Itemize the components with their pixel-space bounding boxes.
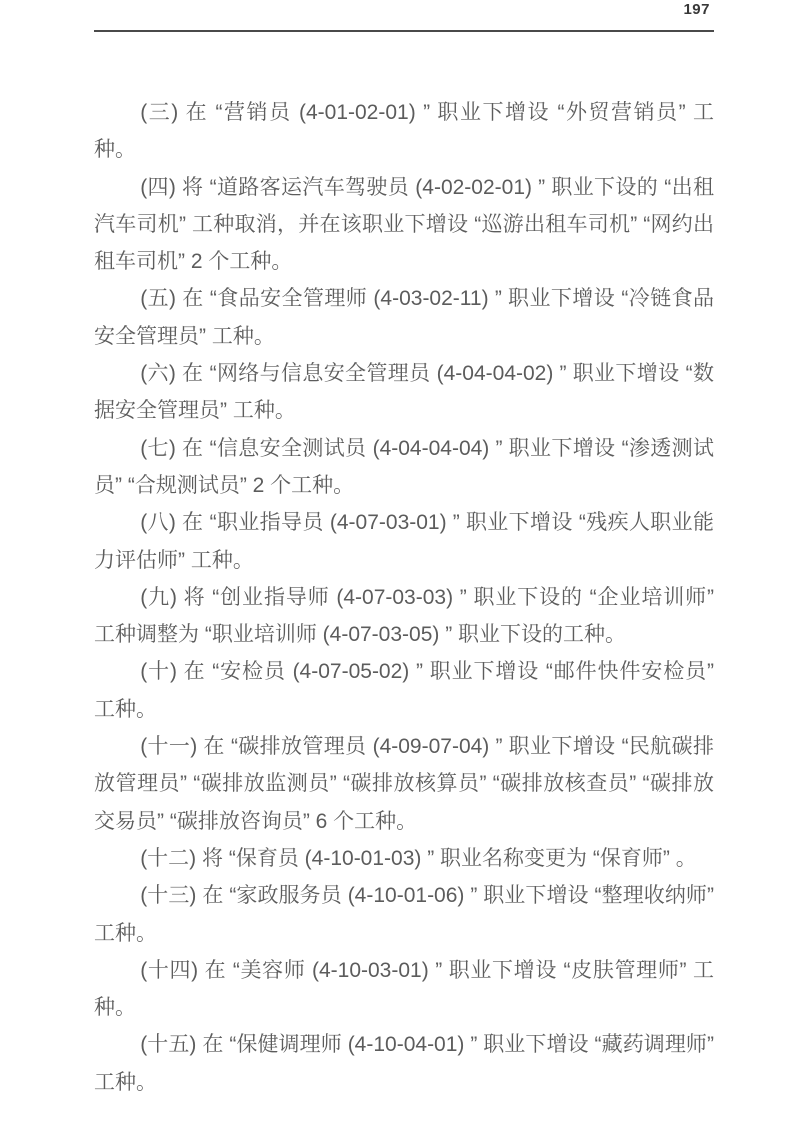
- paragraph: (四) 将 “道路客运汽车驾驶员 (4-02-02-01) ” 职业下设的 “出…: [94, 169, 714, 281]
- paragraph: (七) 在 “信息安全测试员 (4-04-04-04) ” 职业下增设 “渗透测…: [94, 430, 714, 505]
- paragraph: (三) 在 “营销员 (4-01-02-01) ” 职业下增设 “外贸营销员” …: [94, 94, 714, 169]
- paragraph: (十二) 将 “保育员 (4-10-01-03) ” 职业名称变更为 “保育师”…: [94, 840, 714, 877]
- paragraph: (八) 在 “职业指导员 (4-07-03-01) ” 职业下增设 “残疾人职业…: [94, 504, 714, 579]
- header-rule: [94, 30, 714, 32]
- paragraph: (五) 在 “食品安全管理师 (4-03-02-11) ” 职业下增设 “冷链食…: [94, 280, 714, 355]
- paragraph: (十) 在 “安检员 (4-07-05-02) ” 职业下增设 “邮件快件安检员…: [94, 653, 714, 728]
- paragraph: (十四) 在 “美容师 (4-10-03-01) ” 职业下增设 “皮肤管理师”…: [94, 952, 714, 1027]
- paragraph: (十五) 在 “保健调理师 (4-10-04-01) ” 职业下增设 “藏药调理…: [94, 1026, 714, 1101]
- paragraph: (十三) 在 “家政服务员 (4-10-01-06) ” 职业下增设 “整理收纳…: [94, 877, 714, 952]
- paragraph: (十一) 在 “碳排放管理员 (4-09-07-04) ” 职业下增设 “民航碳…: [94, 728, 714, 840]
- paragraph: (六) 在 “网络与信息安全管理员 (4-04-04-02) ” 职业下增设 “…: [94, 355, 714, 430]
- paragraph: (九) 将 “创业指导师 (4-07-03-03) ” 职业下设的 “企业培训师…: [94, 579, 714, 654]
- page-number: 197: [683, 1, 710, 18]
- document-body: (三) 在 “营销员 (4-01-02-01) ” 职业下增设 “外贸营销员” …: [94, 94, 714, 1101]
- document-page: 197 (三) 在 “营销员 (4-01-02-01) ” 职业下增设 “外贸营…: [0, 0, 793, 1122]
